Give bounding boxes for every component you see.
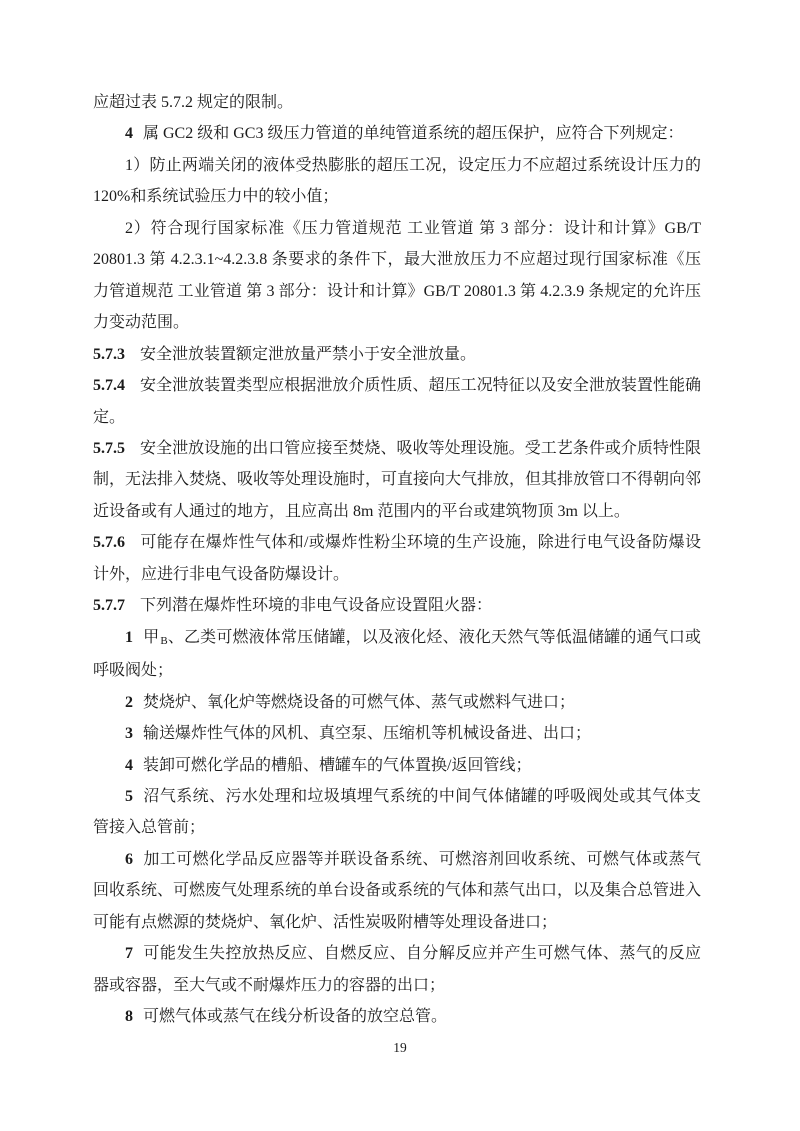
paragraph-text: 属 GC2 级和 GC3 级压力管道的单纯管道系统的超压保护，应符合下列规定： <box>143 125 683 142</box>
clause-paragraph: 5.7.4安全泄放装置类型应根据泄放介质性质、超压工况特征以及安全泄放装置性能确… <box>93 370 701 433</box>
clause-paragraph: 5.7.7下列潜在爆炸性环境的非电气设备应设置阻火器： <box>93 590 701 621</box>
clause-number: 5.7.5 <box>93 440 125 457</box>
paragraph-text: 安全泄放设施的出口管应接至焚烧、吸收等处理设施。受工艺条件或介质特性限制，无法排… <box>93 440 701 520</box>
clause-paragraph: 5沼气系统、污水处理和垃圾填埋气系统的中间气体储罐的呼吸阀处或其气体支管接入总管… <box>93 781 701 844</box>
clause-number: 4 <box>125 125 133 142</box>
clause-paragraph: 1甲B、乙类可燃液体常压储罐，以及液化烃、液化天然气等低温储罐的通气口或呼吸阀处… <box>93 622 701 687</box>
document-body: 应超过表 5.7.2 规定的限制。4属 GC2 级和 GC3 级压力管道的单纯管… <box>93 87 701 1033</box>
paragraph-text: 2）符合现行国家标准《压力管道规范 工业管道 第 3 部分：设计和计算》GB/T… <box>93 220 701 331</box>
clause-number: 2 <box>125 694 133 711</box>
paragraph-text: 输送爆炸性气体的风机、真空泵、压缩机等机械设备进、出口； <box>143 725 591 742</box>
document-page: 应超过表 5.7.2 规定的限制。4属 GC2 级和 GC3 级压力管道的单纯管… <box>0 0 800 1131</box>
paragraph-text: 1）防止两端关闭的液体受热膨胀的超压工况，设定压力不应超过系统设计压力的 120… <box>93 157 701 205</box>
clause-number: 5.7.3 <box>93 346 125 363</box>
clause-paragraph: 5.7.6可能存在爆炸性气体和/或爆炸性粉尘环境的生产设施，除进行电气设备防爆设… <box>93 527 701 590</box>
paragraph-text: 焚烧炉、氧化炉等燃烧设备的可燃气体、蒸气或燃料气进口； <box>143 694 575 711</box>
page-number: 19 <box>0 1038 800 1058</box>
clause-number: 4 <box>125 757 133 774</box>
clause-paragraph: 6加工可燃化学品反应器等并联设备系统、可燃溶剂回收系统、可燃气体或蒸气回收系统、… <box>93 844 701 938</box>
paragraph: 1）防止两端关闭的液体受热膨胀的超压工况，设定压力不应超过系统设计压力的 120… <box>93 150 701 213</box>
clause-paragraph: 5.7.5安全泄放设施的出口管应接至焚烧、吸收等处理设施。受工艺条件或介质特性限… <box>93 433 701 527</box>
clause-paragraph: 8可燃气体或蒸气在线分析设备的放空总管。 <box>93 1001 701 1032</box>
clause-paragraph: 5.7.3安全泄放装置额定泄放量严禁小于安全泄放量。 <box>93 339 701 370</box>
paragraph-text: 可能发生失控放热反应、自燃反应、自分解反应并产生可燃气体、蒸气的反应器或容器，至… <box>93 945 701 993</box>
clause-paragraph: 4属 GC2 级和 GC3 级压力管道的单纯管道系统的超压保护，应符合下列规定： <box>93 118 701 149</box>
clause-paragraph: 4装卸可燃化学品的槽船、槽罐车的气体置换/返回管线； <box>93 750 701 781</box>
clause-number: 3 <box>125 725 133 742</box>
paragraph-text: 、乙类可燃液体常压储罐，以及液化烃、液化天然气等低温储罐的通气口或呼吸阀处； <box>93 629 701 679</box>
clause-number: 1 <box>125 629 133 646</box>
clause-number: 6 <box>125 851 133 868</box>
clause-number: 5.7.4 <box>93 377 125 394</box>
paragraph: 应超过表 5.7.2 规定的限制。 <box>93 87 701 118</box>
subscript-text: B <box>160 635 167 647</box>
paragraph: 2）符合现行国家标准《压力管道规范 工业管道 第 3 部分：设计和计算》GB/T… <box>93 213 701 339</box>
paragraph-text: 甲 <box>143 629 159 646</box>
paragraph-text: 应超过表 5.7.2 规定的限制。 <box>93 94 293 111</box>
paragraph-text: 安全泄放装置类型应根据泄放介质性质、超压工况特征以及安全泄放装置性能确定。 <box>93 377 701 425</box>
clause-paragraph: 7可能发生失控放热反应、自燃反应、自分解反应并产生可燃气体、蒸气的反应器或容器，… <box>93 938 701 1001</box>
paragraph-text: 可能存在爆炸性气体和/或爆炸性粉尘环境的生产设施，除进行电气设备防爆设计外，应进… <box>93 534 701 582</box>
paragraph-text: 装卸可燃化学品的槽船、槽罐车的气体置换/返回管线； <box>143 757 531 774</box>
paragraph-text: 下列潜在爆炸性环境的非电气设备应设置阻火器： <box>140 597 492 614</box>
paragraph-text: 可燃气体或蒸气在线分析设备的放空总管。 <box>143 1008 447 1025</box>
paragraph-text: 沼气系统、污水处理和垃圾填埋气系统的中间气体储罐的呼吸阀处或其气体支管接入总管前… <box>93 788 701 836</box>
clause-paragraph: 3输送爆炸性气体的风机、真空泵、压缩机等机械设备进、出口； <box>93 718 701 749</box>
clause-number: 5.7.6 <box>93 534 125 551</box>
paragraph-text: 加工可燃化学品反应器等并联设备系统、可燃溶剂回收系统、可燃气体或蒸气回收系统、可… <box>93 851 701 931</box>
clause-number: 8 <box>125 1008 133 1025</box>
clause-paragraph: 2焚烧炉、氧化炉等燃烧设备的可燃气体、蒸气或燃料气进口； <box>93 687 701 718</box>
paragraph-text: 安全泄放装置额定泄放量严禁小于安全泄放量。 <box>140 346 476 363</box>
clause-number: 7 <box>125 945 133 962</box>
clause-number: 5 <box>125 788 133 805</box>
clause-number: 5.7.7 <box>93 597 125 614</box>
